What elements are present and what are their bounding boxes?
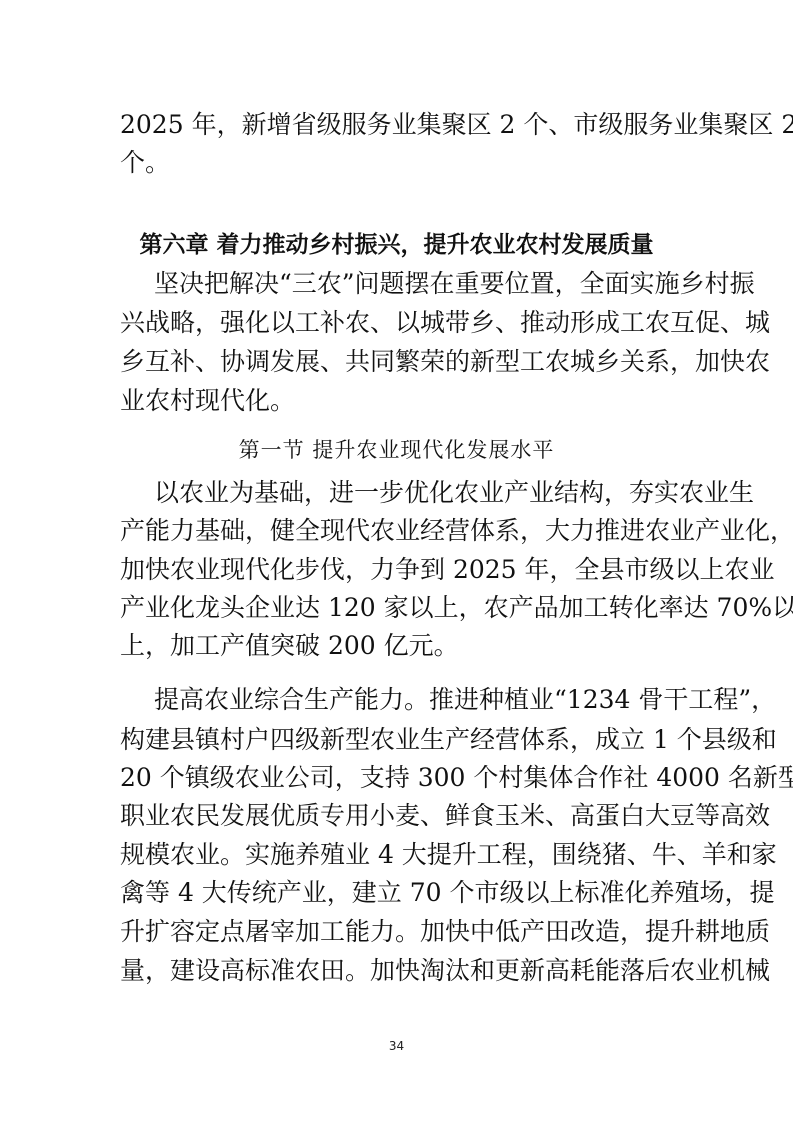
paragraph-line: 规模农业。实施养殖业 4 大提升工程，围绕猪、牛、羊和家	[120, 840, 676, 870]
paragraph-line: 坚决把解决“三农”问题摆在重要位置，全面实施乡村振	[154, 269, 676, 299]
paragraph-line: 量，建设高标准农田。加快淘汰和更新高耗能落后农业机械	[120, 956, 676, 986]
paragraph-line: 产能力基础，健全现代农业经营体系，大力推进农业产业化，	[120, 516, 676, 546]
paragraph-line: 兴战略，强化以工补农、以城带乡、推动形成工农互促、城	[120, 308, 676, 338]
chapter-heading: 第六章 着力推动乡村振兴，提升农业农村发展质量	[0, 230, 793, 260]
paragraph-line: 乡互补、协调发展、共同繁荣的新型工农城乡关系，加快农	[120, 347, 676, 377]
paragraph-line: 个。	[120, 148, 676, 178]
paragraph-line: 业农村现代化。	[120, 386, 676, 416]
paragraph-line: 20 个镇级农业公司，支持 300 个村集体合作社 4000 名新型	[120, 763, 676, 793]
section-heading: 第一节 提升农业现代化发展水平	[0, 435, 793, 465]
paragraph-line: 禽等 4 大传统产业，建立 70 个市级以上标准化养殖场，提	[120, 878, 676, 908]
page-number: 34	[0, 1039, 793, 1053]
paragraph-line: 职业农民发展优质专用小麦、鲜食玉米、高蛋白大豆等高效	[120, 801, 676, 831]
paragraph-line: 加快农业现代化步伐，力争到 2025 年，全县市级以上农业	[120, 555, 676, 585]
paragraph-line: 构建县镇村户四级新型农业生产经营体系，成立 1 个县级和	[120, 725, 676, 755]
paragraph-line: 2025 年，新增省级服务业集聚区 2 个、市级服务业集聚区 2	[120, 110, 676, 140]
document-page: 2025 年，新增省级服务业集聚区 2 个、市级服务业集聚区 2 个。 第六章 …	[0, 0, 793, 1122]
paragraph-line: 产业化龙头企业达 120 家以上，农产品加工转化率达 70%以	[120, 593, 676, 623]
paragraph-line: 以农业为基础，进一步优化农业产业结构，夯实农业生	[154, 478, 676, 508]
paragraph-line: 上，加工产值突破 200 亿元。	[120, 631, 676, 661]
paragraph-line: 升扩容定点屠宰加工能力。加快中低产田改造，提升耕地质	[120, 917, 676, 947]
paragraph-line: 提高农业综合生产能力。推进种植业“1234 骨干工程”，	[154, 685, 676, 715]
